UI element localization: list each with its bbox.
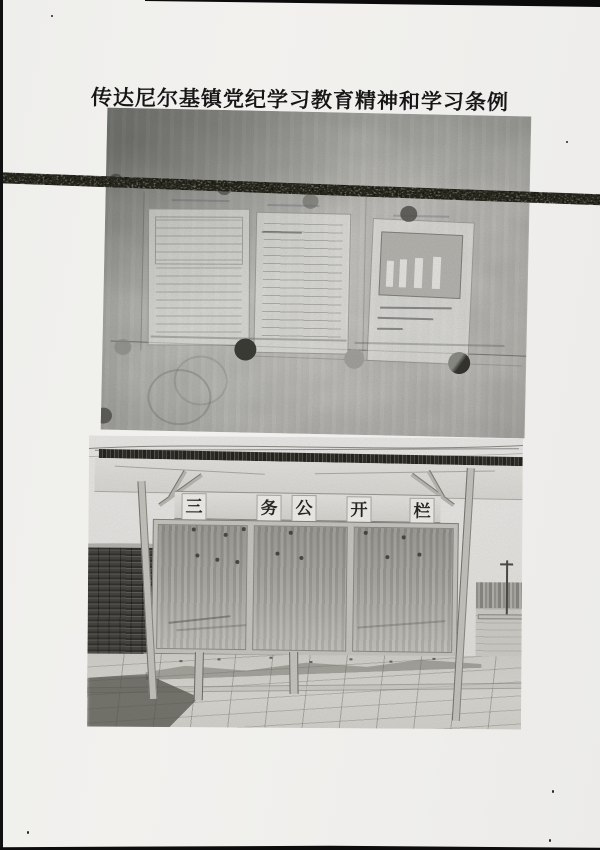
photo-inset-bar — [386, 261, 394, 287]
sign-char: 公 — [295, 500, 312, 517]
sign-char: 务 — [260, 500, 277, 517]
sign-char: 开 — [350, 502, 367, 519]
panel-magnet-dot — [195, 553, 199, 557]
document-photo-inset — [378, 231, 463, 299]
page-title: 传达尼尔基镇党纪学习教育精神和学习条例 — [0, 80, 600, 117]
panel-magnet-dot — [192, 527, 196, 531]
glass-streaks — [157, 525, 247, 649]
ground-debris — [349, 658, 352, 660]
scan-edge-top — [145, 0, 600, 7]
scan-edge-bottom — [0, 845, 600, 850]
board-document-1 — [148, 208, 250, 345]
document-text-lines — [262, 223, 343, 344]
panel-magnet-dot — [417, 553, 421, 557]
ink-speck — [549, 839, 551, 842]
document-text-lines — [156, 219, 242, 334]
scanned-document-page: 三 务 公 开 栏 — [0, 0, 600, 850]
sign-placard-2: 务 — [256, 495, 281, 523]
ink-speck — [566, 141, 568, 143]
panel-magnet-dot — [275, 552, 279, 556]
handwriting-line — [377, 317, 433, 321]
panel-magnet-dot — [364, 531, 368, 535]
display-case-frame — [151, 519, 459, 659]
panel-magnet-dot — [289, 531, 293, 535]
sign-char: 三 — [185, 499, 202, 516]
sign-placard-3: 公 — [291, 495, 316, 523]
board-document-2 — [253, 212, 351, 355]
panel-magnet-dot — [299, 556, 303, 560]
photo-outdoor-notice-board: 三 务 公 开 栏 — [87, 435, 523, 729]
glass-streaks — [353, 528, 453, 652]
photo-inset-bar — [432, 257, 441, 289]
panel-magnet-dot — [224, 533, 228, 537]
photo-inset-bar — [399, 259, 407, 287]
ink-speck — [552, 790, 554, 793]
treeline — [476, 582, 522, 609]
ground-debris — [179, 660, 182, 662]
ground-debris — [309, 661, 312, 663]
sign-placard-1: 三 — [181, 493, 206, 521]
sign-placard-4: 开 — [346, 496, 371, 524]
ground-debris — [217, 658, 220, 660]
panel-magnet-dot — [385, 555, 389, 559]
rafter-line — [115, 466, 265, 475]
ink-speck — [27, 831, 29, 834]
glass-streaks — [253, 526, 347, 650]
panel-magnet-dot — [242, 527, 246, 531]
photo-indoor-notice-board — [101, 108, 532, 439]
board-leg — [194, 652, 204, 700]
board-leg — [289, 652, 298, 694]
ink-speck — [51, 15, 53, 17]
handwriting-line — [377, 328, 403, 330]
glass-panel-3 — [352, 527, 454, 653]
panel-magnet-dot — [215, 558, 219, 562]
sign-char: 栏 — [413, 503, 430, 520]
ground-debris — [432, 658, 435, 660]
panel-magnet-dot — [402, 535, 406, 539]
ground-debris — [269, 657, 272, 659]
glass-panel-1 — [156, 524, 248, 650]
fence-rail — [478, 614, 523, 619]
panel-magnet-dot — [235, 560, 239, 564]
scan-edge-left — [0, 0, 3, 850]
light-pole-arm — [500, 563, 513, 565]
glass-panel-2 — [252, 525, 348, 651]
ground-debris — [389, 661, 392, 663]
light-pole — [506, 560, 508, 618]
photo-inset-bar — [414, 258, 423, 288]
handwriting-line — [380, 307, 452, 310]
